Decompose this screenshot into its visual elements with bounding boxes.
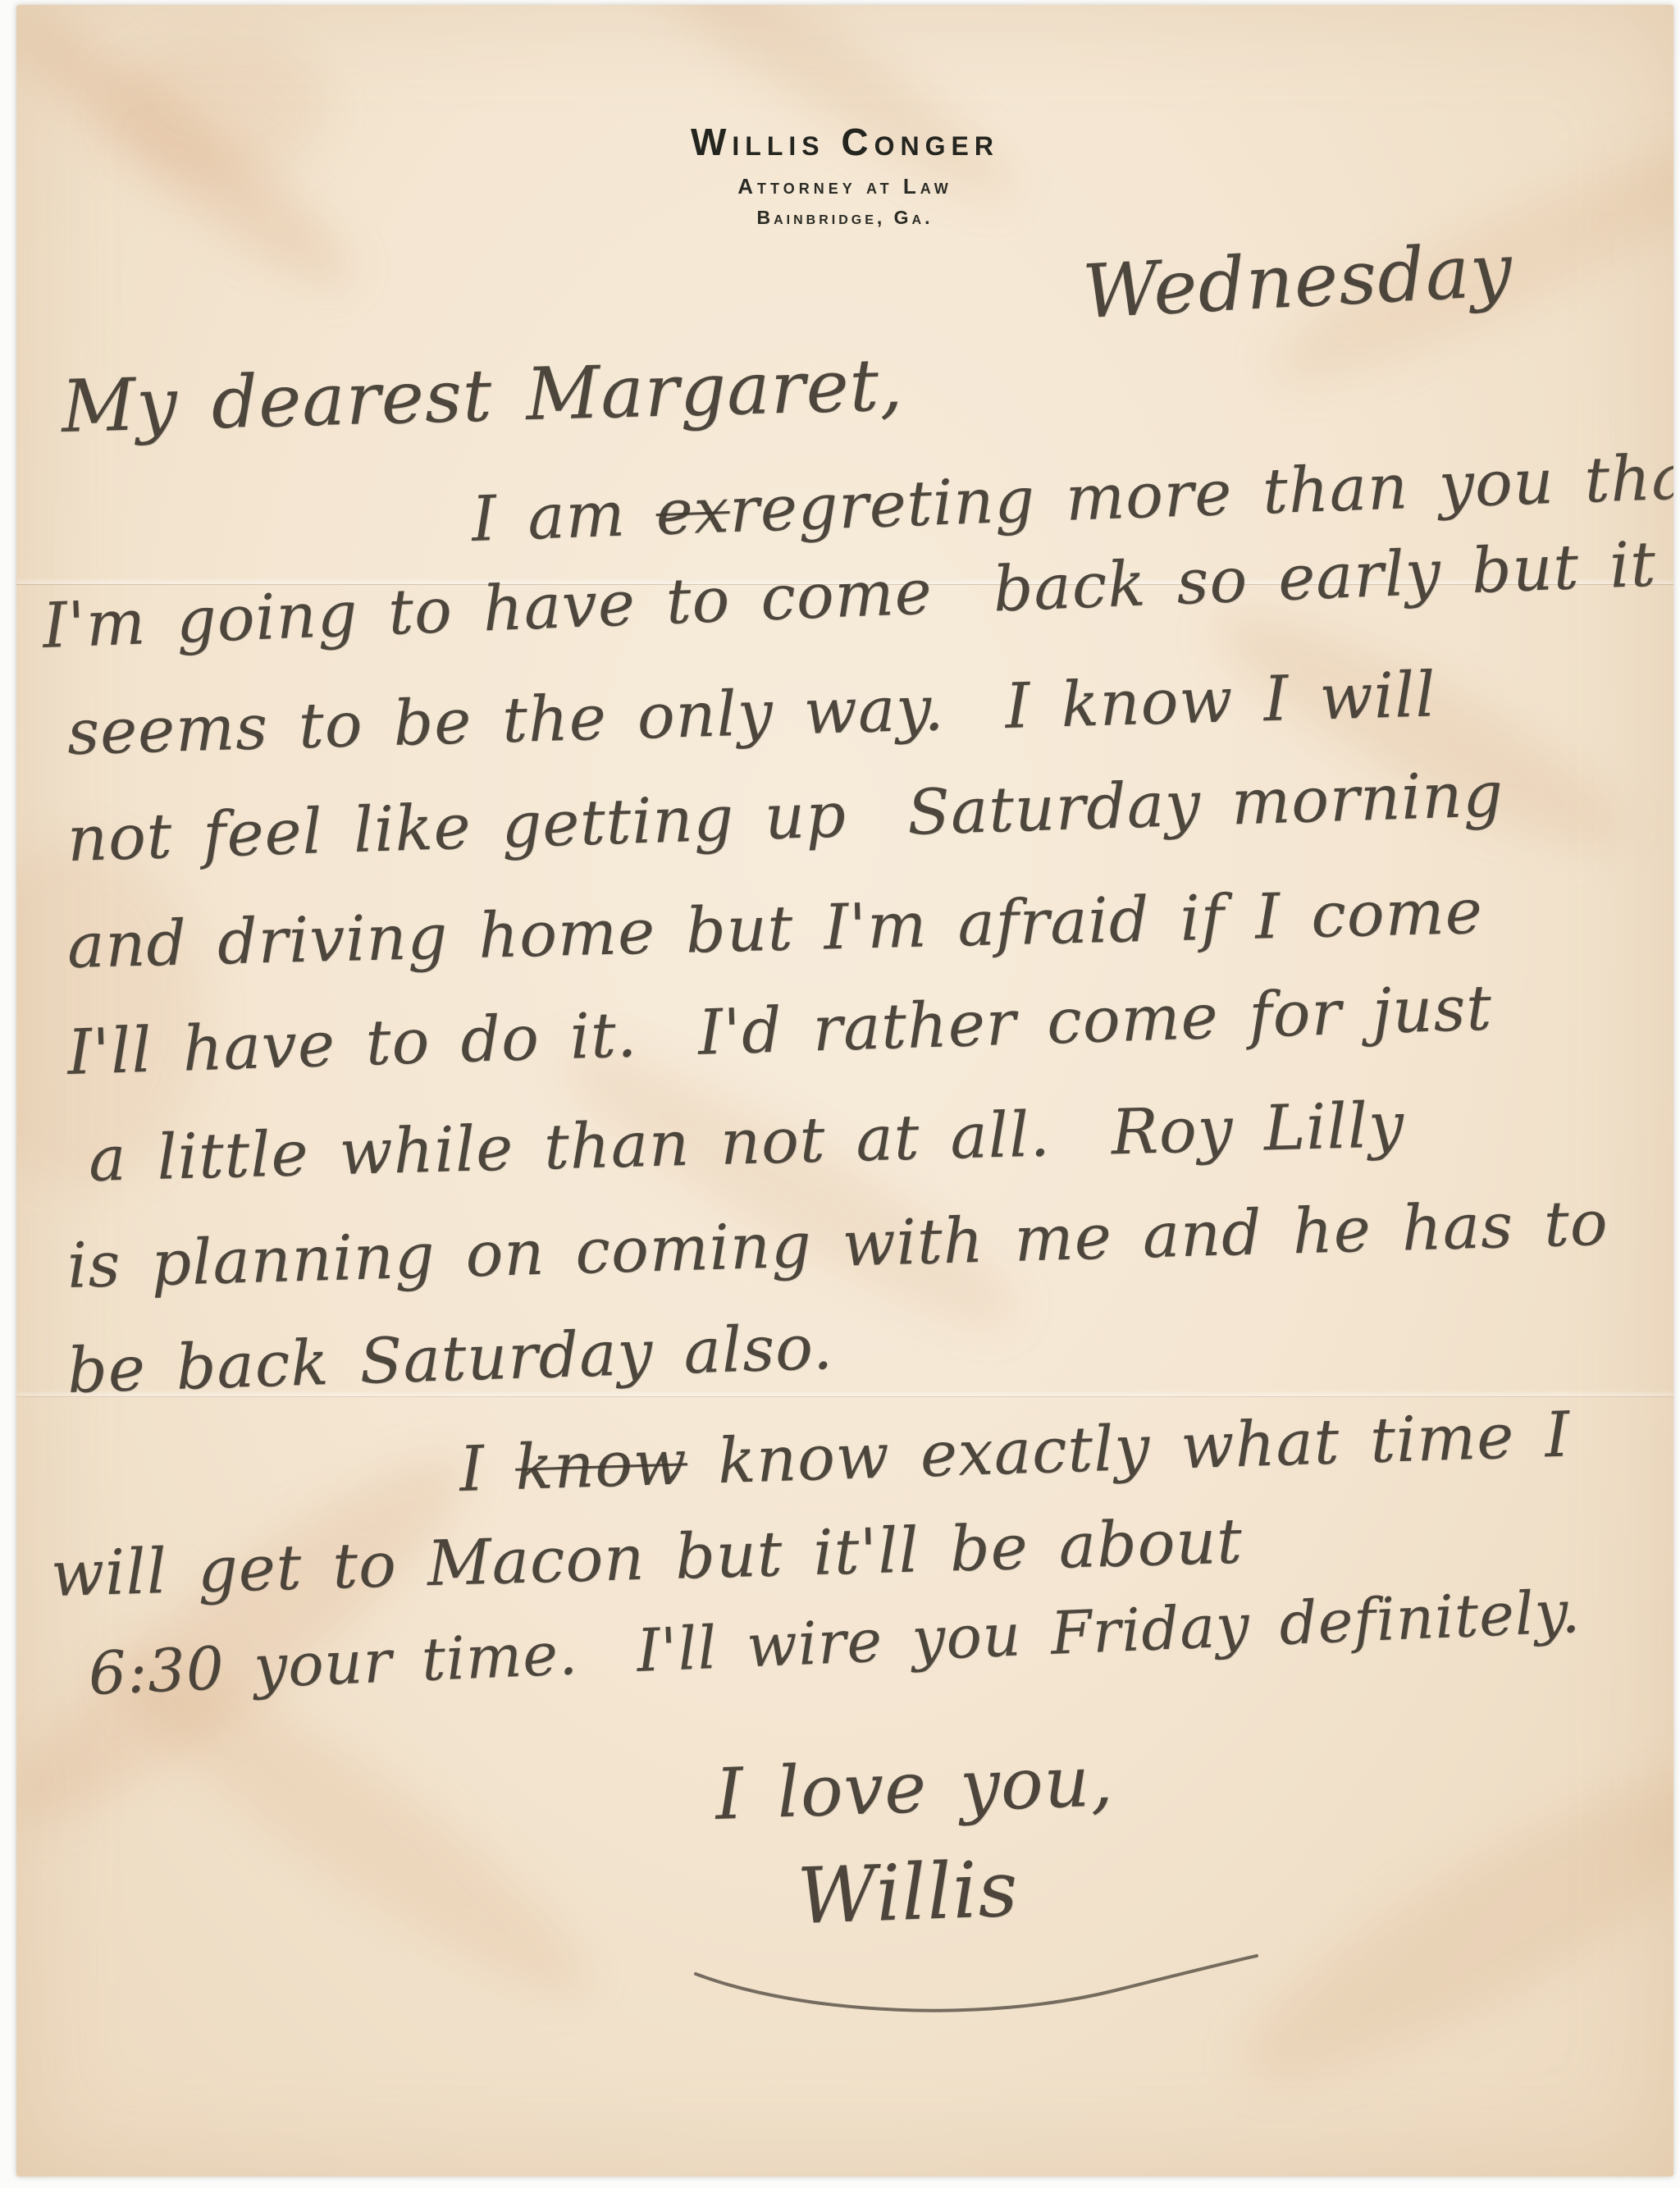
letter-text: know exactly what time I [686, 1397, 1571, 1498]
letterhead-name: Willis Conger [16, 120, 1673, 164]
letter-line: a little while than not at all. Roy Lill… [88, 1088, 1405, 1195]
letter-text: I am [470, 476, 657, 555]
letter-page: Willis Conger Attorney at Law Bainbridge… [16, 5, 1673, 2177]
letter-text: regreting more than you that [728, 439, 1673, 546]
letter-line: seems to be the only way. I know I will [66, 657, 1437, 769]
letter-line: will get to Macon but it'll be about [50, 1504, 1244, 1610]
paper-stain [1211, 1724, 1673, 2129]
letter-line: is planning on coming with me and he has… [66, 1186, 1609, 1302]
signature-flourish [689, 1951, 1263, 2029]
struck-word: ex [655, 473, 731, 549]
struck-word: know [514, 1425, 689, 1504]
letter-line: I know know exactly what time I [459, 1397, 1572, 1505]
closing-line: I love you, [714, 1740, 1115, 1836]
letter-line: not feel like getting up Saturday mornin… [66, 757, 1505, 875]
letter-line: I'll have to do it. I'd rather come for … [66, 971, 1494, 1089]
letter-line: and driving home but I'm afraid if I com… [66, 875, 1484, 982]
letterhead: Willis Conger Attorney at Law Bainbridge… [16, 120, 1673, 229]
salutation: My dearest Margaret, [61, 342, 905, 449]
letter-text: I [459, 1431, 517, 1505]
letterhead-title: Attorney at Law [16, 174, 1673, 199]
date-line: Wednesday [1080, 227, 1514, 336]
letterhead-location: Bainbridge, Ga. [16, 207, 1673, 229]
signature: Willis [796, 1845, 1020, 1942]
letter-line: I'm going to have to come back so early … [41, 527, 1657, 661]
letter-line: be back Saturday also. [66, 1310, 834, 1407]
